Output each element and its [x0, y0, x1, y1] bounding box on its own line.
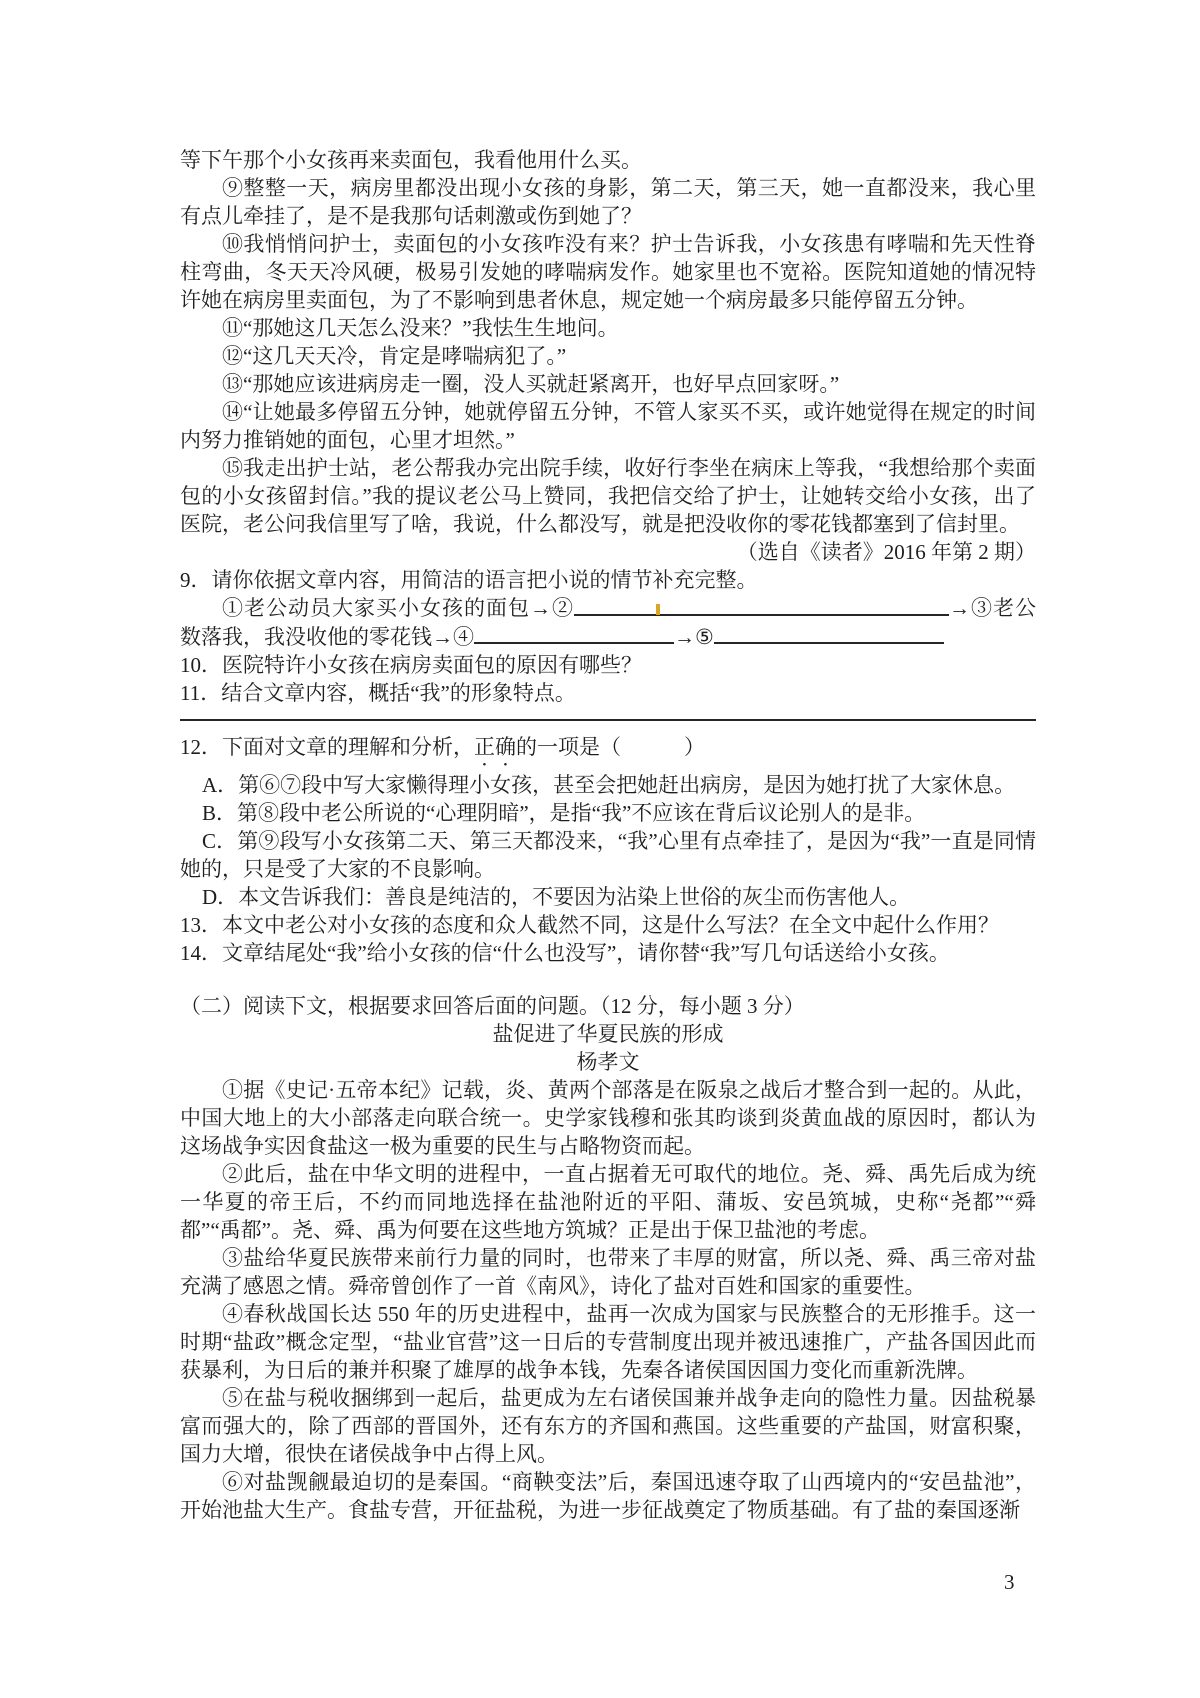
text-block: 等下午那个小女孩再来卖面包，我看他用什么买。 ⑨整整一天，病房里都没出现小女孩的… [180, 146, 1036, 1524]
answer-blank-2 [574, 594, 949, 616]
q9-segment-3: →⑤ [674, 625, 714, 649]
question-13: 13．本文中老公对小女孩的态度和众人截然不同，这是什么写法？在全文中起什么作用？ [180, 911, 1036, 939]
question-14: 14．文章结尾处“我”给小女孩的信“什么也没写”，请你替“我”写几句话送给小女孩… [180, 939, 1036, 967]
q12-suffix: 的一项是（ ） [516, 735, 705, 759]
q9-segment-1: ①老公动员大家买小女孩的面包→② [222, 596, 574, 620]
q12-emphasized-word: 正确 [474, 735, 516, 759]
story-paragraph-13: ⑬“那她应该进病房走一圈，没人买就赶紧离开，也好早点回家呀。” [180, 370, 1036, 398]
essay-title: 盐促进了华夏民族的形成 [180, 1020, 1036, 1048]
essay-paragraph-1: ①据《史记·五帝本纪》记载，炎、黄两个部落是在阪泉之战后才整合到一起的。从此，中… [180, 1076, 1036, 1160]
question-12-stem: 12．下面对文章的理解和分析，正确的一项是（ ） [180, 733, 1036, 771]
source-attribution: （选自《读者》2016 年第 2 期） [180, 538, 1036, 566]
answer-blank-4 [474, 622, 674, 644]
story-paragraph-9: ⑨整整一天，病房里都没出现小女孩的身影，第二天，第三天，她一直都没来，我心里有点… [180, 174, 1036, 230]
option-a: A．第⑥⑦段中写大家懒得理小女孩，甚至会把她赶出病房，是因为她打扰了大家休息。 [180, 771, 1036, 799]
essay-paragraph-5: ⑤在盐与税收捆绑到一起后，盐更成为左右诸侯国兼并战争走向的隐性力量。因盐税暴富而… [180, 1384, 1036, 1468]
answer-blank-5 [714, 622, 944, 644]
story-continuation-line: 等下午那个小女孩再来卖面包，我看他用什么买。 [180, 146, 1036, 174]
essay-paragraph-2: ②此后，盐在中华文明的进程中，一直占据着无可取代的地位。尧、舜、禹先后成为统一华… [180, 1160, 1036, 1244]
story-paragraph-15: ⑮我走出护士站，老公帮我办完出院手续，收好行李坐在病床上等我，“我想给那个卖面包… [180, 454, 1036, 538]
section-2-intro: （二）阅读下文，根据要求回答后面的问题。（12 分，每小题 3 分） [180, 992, 1036, 1020]
option-d: D．本文告诉我们：善良是纯洁的，不要因为沾染上世俗的灰尘而伤害他人。 [180, 883, 1036, 911]
scan-artifact-mark [656, 604, 660, 615]
story-paragraph-10: ⑩我悄悄问护士，卖面包的小女孩咋没有来？护士告诉我，小女孩患有哮喘和先天性脊柱弯… [180, 230, 1036, 314]
question-10: 10．医院特许小女孩在病房卖面包的原因有哪些？ [180, 651, 1036, 679]
question-11: 11．结合文章内容，概括“我”的形象特点。 [180, 679, 1036, 707]
question-9-stem: 9．请你依据文章内容，用简洁的语言把小说的情节补充完整。 [180, 566, 1036, 594]
q12-prefix: 12．下面对文章的理解和分析， [180, 735, 474, 759]
option-b: B．第⑧段中老公所说的“心理阴暗”，是指“我”不应该在背后议论别人的是非。 [180, 799, 1036, 827]
exam-page: 等下午那个小女孩再来卖面包，我看他用什么买。 ⑨整整一天，病房里都没出现小女孩的… [0, 0, 1200, 1698]
story-paragraph-14: ⑭“让她最多停留五分钟，她就停留五分钟，不管人家买不买，或许她觉得在规定的时间内… [180, 398, 1036, 454]
option-c: C．第⑨段写小女孩第二天、第三天都没来，“我”心里有点牵挂了，是因为“我”一直是… [180, 827, 1036, 883]
story-paragraph-12: ⑫“这几天天冷，肯定是哮喘病犯了。” [180, 342, 1036, 370]
story-paragraph-11: ⑪“那她这几天怎么没来？”我怯生生地问。 [180, 314, 1036, 342]
question-9-plot-chain: ①老公动员大家买小女孩的面包→②→③老公数落我，我没收他的零花钱→④→⑤ [180, 594, 1036, 651]
essay-author: 杨孝文 [180, 1048, 1036, 1076]
essay-paragraph-3: ③盐给华夏民族带来前行力量的同时，也带来了丰厚的财富，所以尧、舜、禹三帝对盐充满… [180, 1244, 1036, 1300]
essay-paragraph-4: ④春秋战国长达 550 年的历史进程中，盐再一次成为国家与民族整合的无形推手。这… [180, 1300, 1036, 1384]
section-divider [180, 719, 1036, 721]
page-number: 3 [1004, 1568, 1015, 1596]
essay-paragraph-6: ⑥对盐觊觎最迫切的是秦国。“商鞅变法”后，秦国迅速夺取了山西境内的“安邑盐池”，… [180, 1468, 1036, 1524]
